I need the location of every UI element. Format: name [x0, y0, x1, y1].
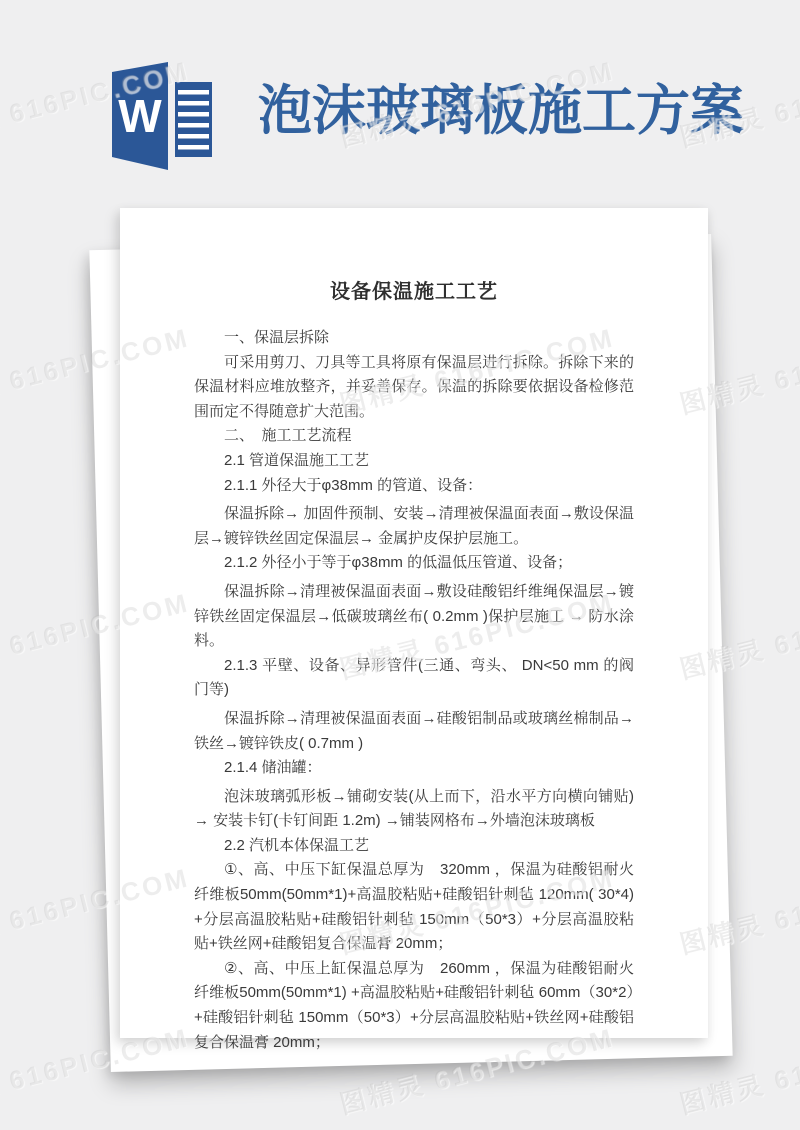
paragraph-heading-2-1-4: 2.1.4 储油罐：	[194, 756, 634, 781]
preview-header: W 泡沫玻璃板施工方案	[0, 0, 800, 208]
paragraph-flow-3: 保温拆除→清理被保温面表面→硅酸铝制品或玻璃丝棉制品→铁丝→镀锌铁皮( 0.7m…	[194, 707, 634, 756]
paragraph-flow-2: 保温拆除→清理被保温面表面→敷设硅酸铝纤维绳保温层→镀锌铁丝固定保温层→低碳玻璃…	[194, 580, 634, 654]
paragraph-heading-2-1-1: 2.1.1 外径大于φ38mm 的管道、设备：	[194, 474, 634, 499]
paragraph-heading-2-1: 2.1 管道保温施工工艺	[194, 449, 634, 474]
word-icon-letter: W	[118, 90, 162, 142]
paragraph-flow-4: 泡沫玻璃弧形板→铺砌安装(从上而下，沿水平方向横向铺贴) → 安装卡钉(卡钉间距…	[194, 785, 634, 834]
paragraph-heading-2-1-2: 2.1.2 外径小于等于φ38mm 的低温低压管道、设备；	[194, 551, 634, 576]
preview-title: 泡沫玻璃板施工方案	[258, 78, 744, 146]
paragraph-body: 可采用剪刀、刀具等工具将原有保温层进行拆除。拆除下来的保温材料应堆放整齐，并妥善…	[194, 351, 634, 425]
paragraph-item-1: ①、高、中压下缸保温总厚为 320mm ，保温为硅酸铝耐火纤维板50mm(50m…	[194, 858, 634, 956]
paragraph-flow-1: 保温拆除→ 加固件预制、安装→清理被保温面表面→敷设保温层→镀锌铁丝固定保温层→…	[194, 502, 634, 551]
document-title: 设备保温施工工艺	[194, 278, 634, 306]
paragraph-item-2: ②、高、中压上缸保温总厚为 260mm ，保温为硅酸铝耐火纤维板50mm(50m…	[194, 957, 634, 1055]
paragraph-section-2: 二、 施工工艺流程	[194, 424, 634, 449]
document-page: 设备保温施工工艺 一、保温层拆除 可采用剪刀、刀具等工具将原有保温层进行拆除。拆…	[120, 208, 708, 1038]
paragraph-heading-2-1-3: 2.1.3 平壁、设备、异形管件(三通、弯头、 DN<50 mm 的阀门等)	[194, 654, 634, 703]
paragraph-section-1: 一、保温层拆除	[194, 326, 634, 351]
paragraph-heading-2-2: 2.2 汽机本体保温工艺	[194, 834, 634, 859]
word-icon: W	[110, 58, 214, 172]
